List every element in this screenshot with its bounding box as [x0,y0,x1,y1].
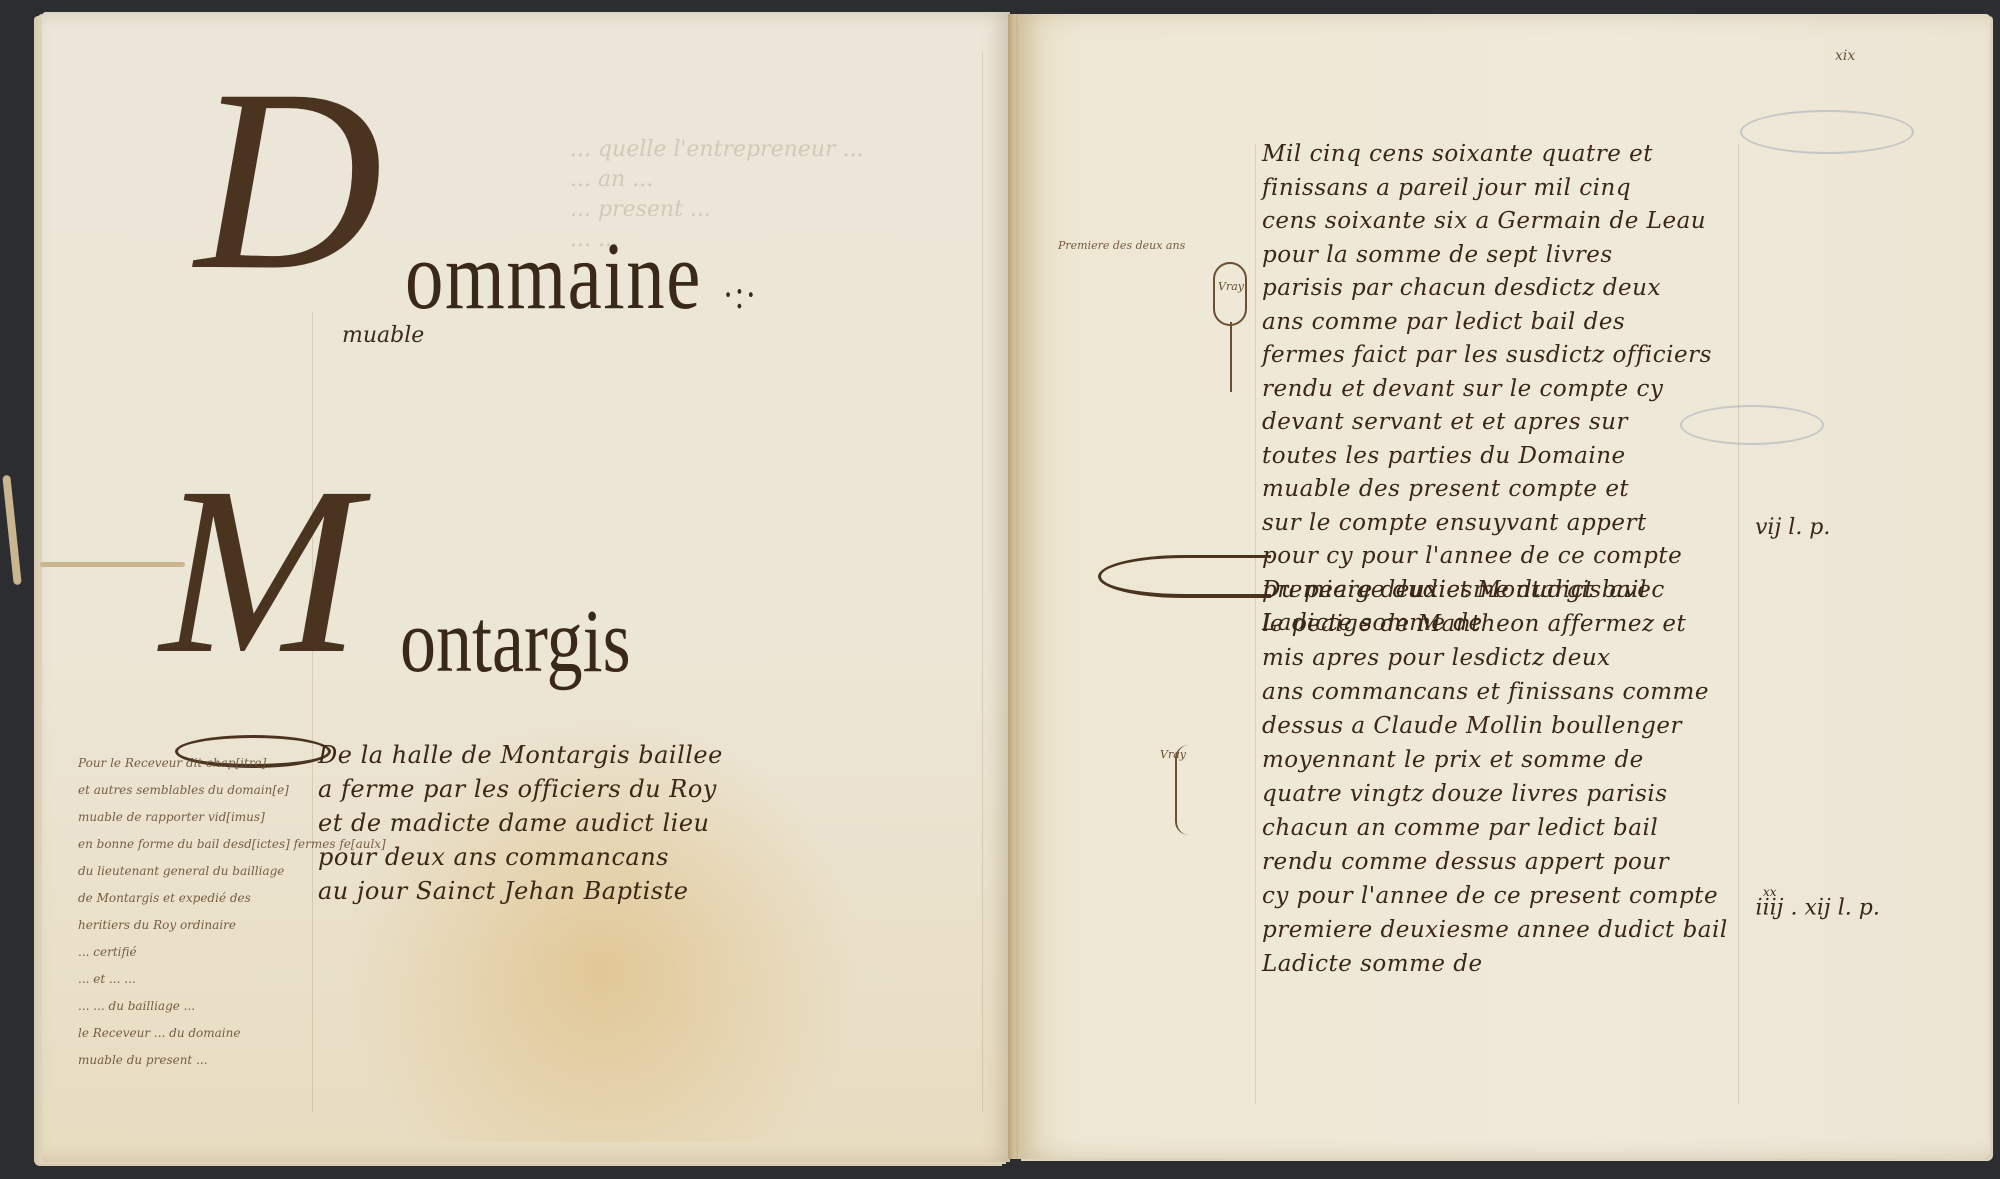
entry-2-sum: xx iiij . xij l. p. [1735,895,1880,920]
ruling-line [982,52,983,1112]
faint-flourish [1740,110,1914,154]
binding-string [2,475,21,585]
ruling-line [1738,144,1739,1104]
right-entry-1-text: Mil cinq cens soixante quatre et finissa… [1262,138,1712,641]
vray-mark: Vray [1218,280,1244,293]
swash-flourish [1098,555,1271,598]
bracket-stem [1230,322,1232,392]
heading-text: ommaine ·:· [405,220,758,331]
vray-bracket [1213,262,1247,326]
heading-text: ontargis [400,590,631,693]
manuscript-spread: ... quelle l'entrepreneur ... ... an ...… [0,0,2000,1179]
heading-domaine: D ommaine ·:· [195,50,377,310]
heading-montargis: M ontargis [160,450,360,690]
folio-number: xix [1835,48,1855,64]
ruling-line [1255,144,1256,1104]
vray-bracket [1175,745,1202,835]
left-margin-annotation: Pour le Receveur dit chap[itre] et autre… [78,750,386,1074]
heading-initial: D [195,36,377,324]
entry-1-sum: vij l. p. [1755,515,1830,540]
right-entry-2-text: Du peaige dudict Montargis avec le peaig… [1262,573,1728,981]
heading-subtitle: muable [342,323,424,348]
heading-initial: M [160,437,360,703]
right-margin-note-1: Premiere des deux ans [1058,232,1185,259]
